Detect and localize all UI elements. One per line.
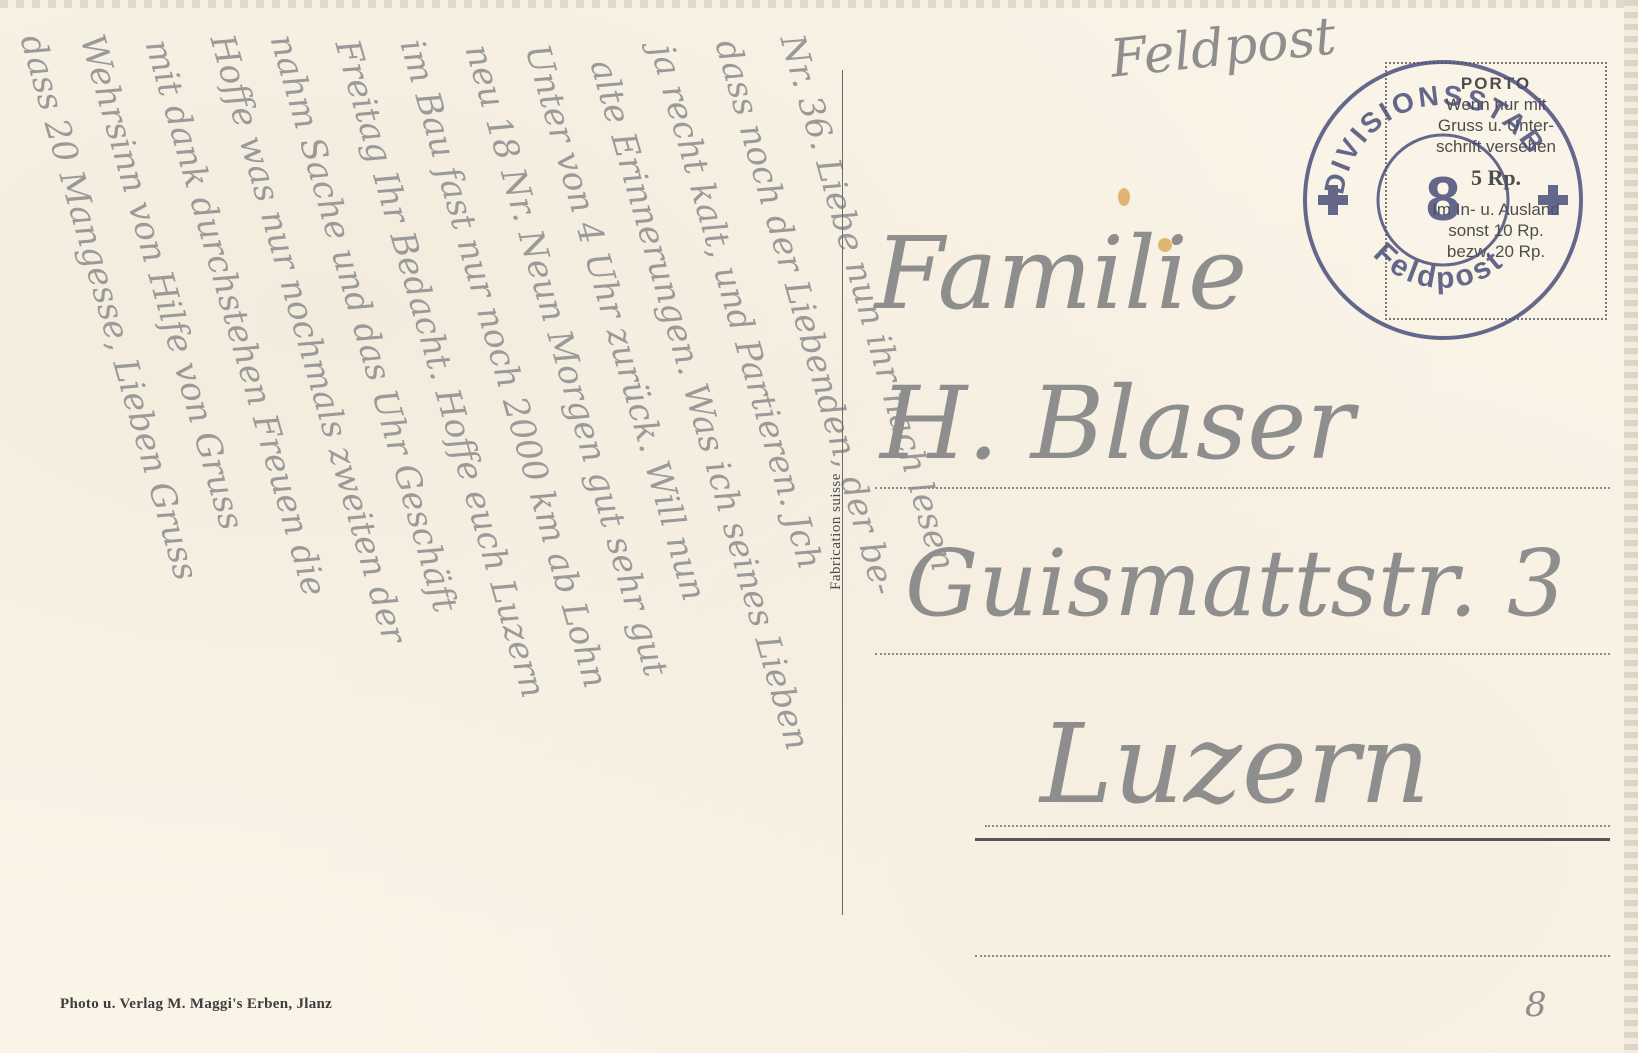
- address-name: H. Blaser: [880, 365, 1354, 482]
- deckle-edge-right: [1624, 0, 1638, 1053]
- address-street: Guismattstr. 3: [905, 530, 1566, 637]
- postcard: Nr. 36. Liebe nun ihr nach lesen dass no…: [0, 0, 1638, 1053]
- address-recipient: Familie: [875, 215, 1247, 332]
- fabrication-label: Fabrication suisse: [828, 473, 845, 590]
- address-line: [975, 955, 1610, 957]
- foxing-stain: [1118, 188, 1130, 206]
- feldpost-postmark-icon: DIVISIONSSTAB Feldpost 8: [1298, 55, 1588, 345]
- address-line: [875, 487, 1610, 489]
- svg-text:Feldpost: Feldpost: [1367, 237, 1510, 296]
- corner-mark: 8: [1525, 985, 1547, 1025]
- address-line: [875, 653, 1610, 655]
- address-city: Luzern: [1040, 700, 1430, 828]
- svg-text:8: 8: [1426, 165, 1460, 234]
- publisher-line: Photo u. Verlag M. Maggi's Erben, Jlanz: [60, 996, 332, 1013]
- address-line-solid: [975, 838, 1610, 841]
- deckle-edge-top: [0, 0, 1638, 8]
